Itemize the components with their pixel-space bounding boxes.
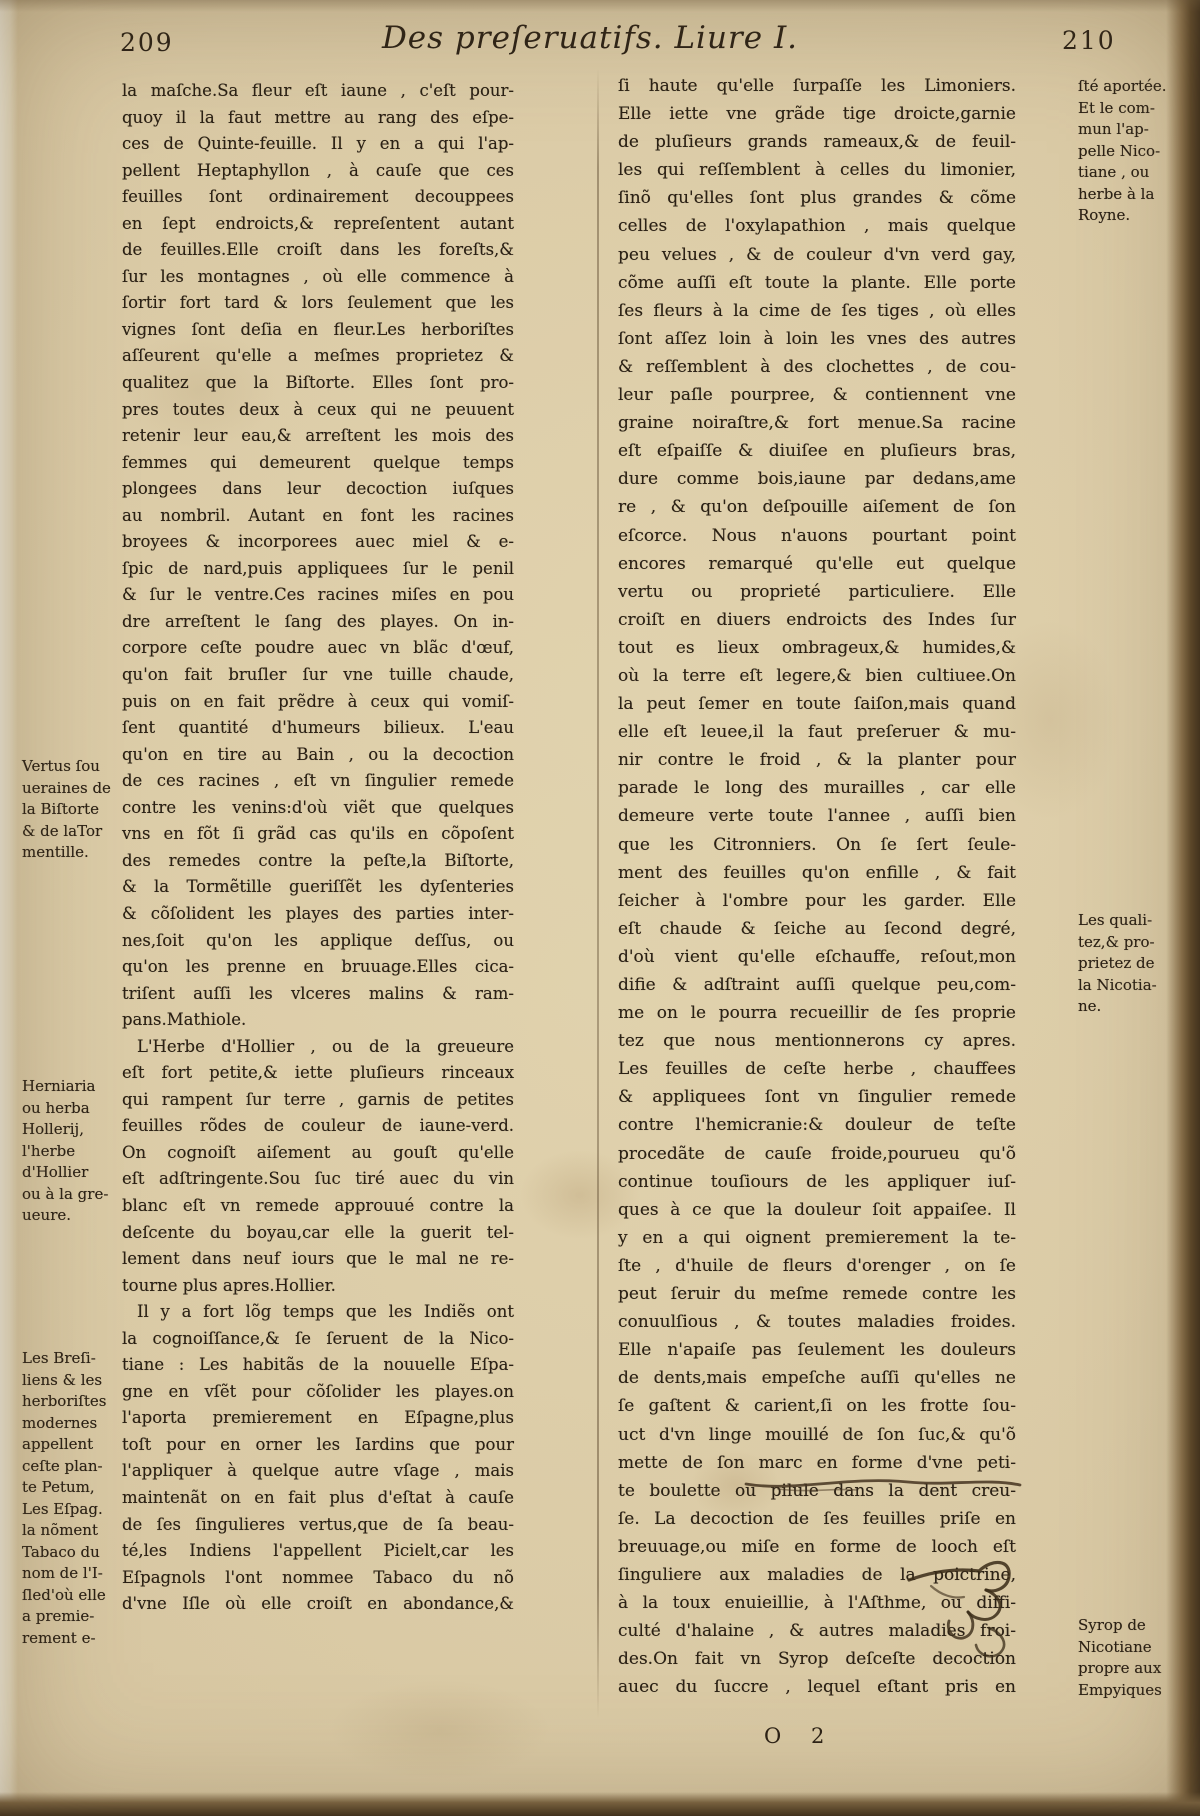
text-line: femmes qui demeurent quelque temps [122,450,514,477]
text-line: herboriſtes [22,1391,122,1413]
text-line: difie & adſtraint auſſi quelque peu,com- [618,971,1016,999]
text-line: puis on en fait prẽdre à ceux qui vomiſ- [122,689,514,716]
text-line: ſent quantité d'humeurs bilieux. L'eau [122,715,514,742]
text-line: Les Eſpag. [22,1499,122,1521]
text-line: & appliquees ſont vn ſingulier remede [618,1083,1016,1111]
text-line: croiſt en diuers endroicts des Indes ſur [618,606,1016,634]
text-line: auec du ſuccre , lequel eſtant pris en [618,1673,1016,1701]
text-line: où la terre eſt legere,& bien cultiuee.O… [618,662,1016,690]
text-line: retenir leur eau,& arreſtent les mois de… [122,423,514,450]
text-line: peut ſeruir du meſme remede contre les [618,1280,1016,1308]
page-edge-bottom [0,1792,1200,1816]
text-line: tourne plus apres.Hollier. [122,1273,514,1300]
margin-note-nicotiane-name: ſté aportée.Et le com-mun l'ap-pelle Nic… [1078,76,1194,227]
text-line: L'Herbe d'Hollier , ou de la greueure [122,1034,514,1061]
margin-note-bistorte-virtues: Vertus ſouueraines dela Biſtorte& de laT… [22,756,122,864]
text-line: encores remarqué qu'elle eut quelque [618,550,1016,578]
text-line: d'Hollier [22,1162,122,1184]
text-line: lement dans neuf iours que le mal ne re- [122,1246,514,1273]
text-line: prietez de [1078,953,1194,975]
text-line: qu'on en tire au Bain , ou la decoction [122,742,514,769]
margin-note-herniaria: Herniariaou herbaHollerij,l'herbed'Holli… [22,1076,122,1227]
text-line: aſſeurent qu'elle a meſmes proprietez & [122,343,514,370]
text-line: tout es lieux ombrageux,& humides,& [618,634,1016,662]
text-line: les qui reſſemblent à celles du limonier… [618,156,1016,184]
text-line: mun l'ap- [1078,119,1194,141]
text-line: tiane : Les habitãs de la nouuelle Eſpa- [122,1352,514,1379]
text-line: de dents,mais empeſche auſſi qu'elles ne [618,1364,1016,1392]
page-edge-top [0,0,1200,12]
text-line: maintenãt on en fait plus d'eſtat à cauſ… [122,1485,514,1512]
text-line: corpore ceſte poudre auec vn blãc d'œuf, [122,635,514,662]
text-line: de ſes ſingulieres vertus,que de ſa beau… [122,1512,514,1539]
text-line: leur paſle pourpree, & contiennent vne [618,381,1016,409]
text-line: te Petum, [22,1477,122,1499]
text-line: ſont aſſez loin à loin les vnes des autr… [618,325,1016,353]
text-line: re , & qu'on deſpouille aiſement de ſon [618,493,1016,521]
text-line: de feuilles.Elle croiſt dans les foreſts… [122,237,514,264]
text-line: pelle Nico- [1078,141,1194,163]
text-line: peu velues , & de couleur d'vn verd gay, [618,241,1016,269]
text-line: ſinõ qu'elles ſont plus grandes & cõme [618,184,1016,212]
text-line: dre arreſtent le ſang des playes. On in- [122,609,514,636]
text-line: pellent Heptaphyllon , à cauſe que ces [122,158,514,185]
text-line: qualitez que la Biſtorte. Elles ſont pro… [122,370,514,397]
text-line: me on le pourra recueillir de ſes propri… [618,999,1016,1027]
text-line: ſes fleurs à la cime de ſes tiges , où e… [618,297,1016,325]
text-line: la maſche.Sa fleur eſt iaune , c'eſt pou… [122,78,514,105]
text-line: Empyiques [1078,1680,1194,1702]
text-line: pres toutes deux à ceux qui ne peuuent [122,397,514,424]
text-line: ſe gaſtent & carient,ſi on les frotte ſo… [618,1392,1016,1420]
text-line: ſortir fort tard & lors ſeulement que le… [122,290,514,317]
text-line: Nicotiane [1078,1637,1194,1659]
text-line: On cognoiſt aiſement au gouſt qu'elle [122,1140,514,1167]
text-line: ſté aportée. [1078,76,1194,98]
text-line: rement e- [22,1628,122,1650]
text-line: ſur les montagnes , où elle commence à [122,264,514,291]
text-line: a premie- [22,1606,122,1628]
text-line: de ces racines , eſt vn ſingulier remede [122,768,514,795]
text-line: ſled'où elle [22,1585,122,1607]
text-line: continue touſiours de les appliquer iuſ- [618,1168,1016,1196]
page-edge-right [1166,0,1200,1816]
text-line: l'aporta premierement en Eſpagne,plus [122,1405,514,1432]
paper-stain [330,1680,550,1780]
text-line: la Nicotia- [1078,975,1194,997]
text-line: ceſte plan- [22,1456,122,1478]
text-line: demeure verte toute l'annee , auſſi bien [618,802,1016,830]
text-line: Elle n'apaiſe pas ſeulement les douleurs [618,1336,1016,1364]
text-line: tez que nous mentionnerons cy apres. [618,1027,1016,1055]
text-line: graine noiraſtre,& fort menue.Sa racine [618,409,1016,437]
text-line: l'herbe [22,1141,122,1163]
text-line: ſi haute qu'elle ſurpaſſe les Limoniers. [618,72,1016,100]
text-line: quoy il la faut mettre au rang des eſpe- [122,105,514,132]
signature-mark: O 2 [735,1724,865,1748]
text-line: Et le com- [1078,98,1194,120]
text-line: la nõment [22,1520,122,1542]
text-line: eſt adſtringente.Sou ſuc tiré auec du vi… [122,1166,514,1193]
text-line: Les quali- [1078,910,1194,932]
text-line: eſt fort petite,& iette pluſieurs rincea… [122,1060,514,1087]
text-line: Syrop de [1078,1615,1194,1637]
text-line: feuilles ſont ordinairement decouppees [122,184,514,211]
text-line: la peut ſemer en toute ſaiſon,mais quand [618,690,1016,718]
text-line: Les Breſi- [22,1348,122,1370]
text-line: broyees & incorporees auec miel & e- [122,529,514,556]
text-line: la Biſtorte [22,799,122,821]
text-line: dure comme bois,iaune par dedans,ame [618,465,1016,493]
text-line: modernes [22,1413,122,1435]
text-line: ſpic de nard,puis appliquees ſur le peni… [122,556,514,583]
text-line: contre les venins:d'où viẽt que quelques [122,795,514,822]
text-line: propre aux [1078,1658,1194,1680]
text-line: ne. [1078,996,1194,1018]
text-line: & ſur le ventre.Ces racines miſes en pou [122,582,514,609]
book-page: 209 Des preſeruatifs. Liure I. 210 la ma… [0,0,1200,1816]
text-line: Eſpagnols l'ont nommee Tabaco du nõ [122,1565,514,1592]
margin-note-nicotiane-qualities: Les quali-tez,& pro-prietez dela Nicotia… [1078,910,1194,1018]
text-line: d'où vient qu'elle eſchauffe, reſout,mon [618,943,1016,971]
text-line: nom de l'I- [22,1563,122,1585]
text-line: deſcente du boyau,car elle la guerit tel… [122,1220,514,1247]
text-line: ces de Quinte-feuille. Il y en a qui l'a… [122,131,514,158]
text-line: eſcorce. Nous n'auons pourtant point [618,522,1016,550]
text-line: en ſept endroicts,& repreſentent autant [122,211,514,238]
text-line: des remedes contre la peſte,la Biſtorte, [122,848,514,875]
text-line: qu'on les prenne en bruuage.Elles cica- [122,954,514,981]
text-line: qui rampent ſur terre , garnis de petite… [122,1087,514,1114]
text-line: l'appliquer à quelque autre vſage , mais [122,1458,514,1485]
text-line: toſt pour en orner les Iardins que pour [122,1432,514,1459]
text-line: blanc eſt vn remede approuué contre la [122,1193,514,1220]
text-line: tez,& pro- [1078,932,1194,954]
text-line: eſt eſpaiſſe & diuiſee en pluſieurs bras… [618,437,1016,465]
text-line: ſeicher à l'ombre pour les garder. Elle [618,887,1016,915]
text-line: appellent [22,1434,122,1456]
column-divider-rule [597,68,599,1718]
manicule-annotation [903,1516,1021,1666]
text-line: ques à ce que la douleur ſoit appaiſee. … [618,1196,1016,1224]
text-line: conuulſious , & toutes maladies froides. [618,1308,1016,1336]
text-line: nir contre le froid , & la planter pour [618,746,1016,774]
running-title: Des preſeruatifs. Liure I. [330,20,850,56]
text-line: plongees dans leur decoction iuſques [122,476,514,503]
text-line: Herniaria [22,1076,122,1098]
text-line: procedãte de cauſe froide,pourueu qu'õ [618,1140,1016,1168]
text-line: Elle iette vne grãde tige droicte,garnie [618,100,1016,128]
text-line: vertu ou proprieté particuliere. Elle [618,578,1016,606]
text-line: Vertus ſou [22,756,122,778]
text-line: celles de l'oxylapathion , mais quelque [618,212,1016,240]
text-line: uct d'vn linge mouillé de ſon ſuc,& qu'õ [618,1421,1016,1449]
text-line: Tabaco du [22,1542,122,1564]
right-text-column: ſi haute qu'elle ſurpaſſe les Limoniers.… [618,72,1016,1701]
text-line: ueure. [22,1205,122,1227]
text-line: triſent auſſi les vlceres malins & ram- [122,981,514,1008]
text-line: elle eſt leuee,il la faut preſeruer & mu… [618,718,1016,746]
text-line: mentille. [22,842,122,864]
text-line: herbe à la [1078,184,1194,206]
page-edge-left [0,0,18,1816]
text-line: y en a qui oignent premierement la te- [618,1224,1016,1252]
left-text-column: la maſche.Sa fleur eſt iaune , c'eſt pou… [122,78,514,1618]
text-line: tiane , ou [1078,162,1194,184]
text-line: vignes ſont deſia en fleur.Les herboriſt… [122,317,514,344]
text-line: pans.Mathiole. [122,1007,514,1034]
margin-note-syrop-nicotiane: Syrop deNicotianepropre auxEmpyiques [1078,1615,1194,1701]
text-line: Royne. [1078,205,1194,227]
text-line: Il y a fort lõg temps que les Indiẽs ont [122,1299,514,1326]
text-line: Les feuilles de ceſte herbe , chauffees [618,1055,1016,1083]
text-line: ment des feuilles qu'on enfille , & fait [618,859,1016,887]
text-line: ſte , d'huile de fleurs d'orenger , on ſ… [618,1252,1016,1280]
text-line: & de laTor [22,821,122,843]
text-line: ueraines de [22,778,122,800]
text-line: & la Tormẽtille gueriſſẽt les dyſenterie… [122,874,514,901]
text-line: que les Citronniers. On ſe ſert ſeule- [618,831,1016,859]
text-line: contre l'hemicranie:& douleur de teſte [618,1111,1016,1139]
ink-underline-annotation [738,1462,1028,1508]
text-line: nes,ſoit qu'on les applique deſſus, ou [122,928,514,955]
text-line: de pluſieurs grands rameaux,& de feuil- [618,128,1016,156]
page-number-left: 209 [120,28,174,57]
text-line: ou à la gre- [22,1184,122,1206]
text-line: d'vne Iſle où elle croiſt en abondance,& [122,1591,514,1618]
text-line: té,les Indiens l'appellent Picielt,car l… [122,1538,514,1565]
text-line: au nombril. Autant en font les racines [122,503,514,530]
page-number-right: 210 [1062,26,1116,55]
text-line: eſt chaude & ſeiche au ſecond degré, [618,915,1016,943]
margin-note-petum-tabaco: Les Breſi-liens & lesherboriſtesmodernes… [22,1348,122,1649]
text-line: & cõſolident les playes des parties inte… [122,901,514,928]
text-line: Hollerij, [22,1119,122,1141]
text-line: qu'on fait bruſler ſur vne tuille chaude… [122,662,514,689]
text-line: gne en vſẽt pour cõſolider les playes.on [122,1379,514,1406]
text-line: la cognoiſſance,& ſe ſeruent de la Nico- [122,1326,514,1353]
text-line: parade le long des murailles , car elle [618,774,1016,802]
text-line: vns en fõt ſi grãd cas qu'ils en cõpoſen… [122,821,514,848]
text-line: liens & les [22,1370,122,1392]
text-line: ou herba [22,1098,122,1120]
text-line: feuilles rõdes de couleur de iaune-verd. [122,1113,514,1140]
text-line: & reſſemblent à des clochettes , de cou- [618,353,1016,381]
text-line: cõme auſſi eſt toute la plante. Elle por… [618,269,1016,297]
